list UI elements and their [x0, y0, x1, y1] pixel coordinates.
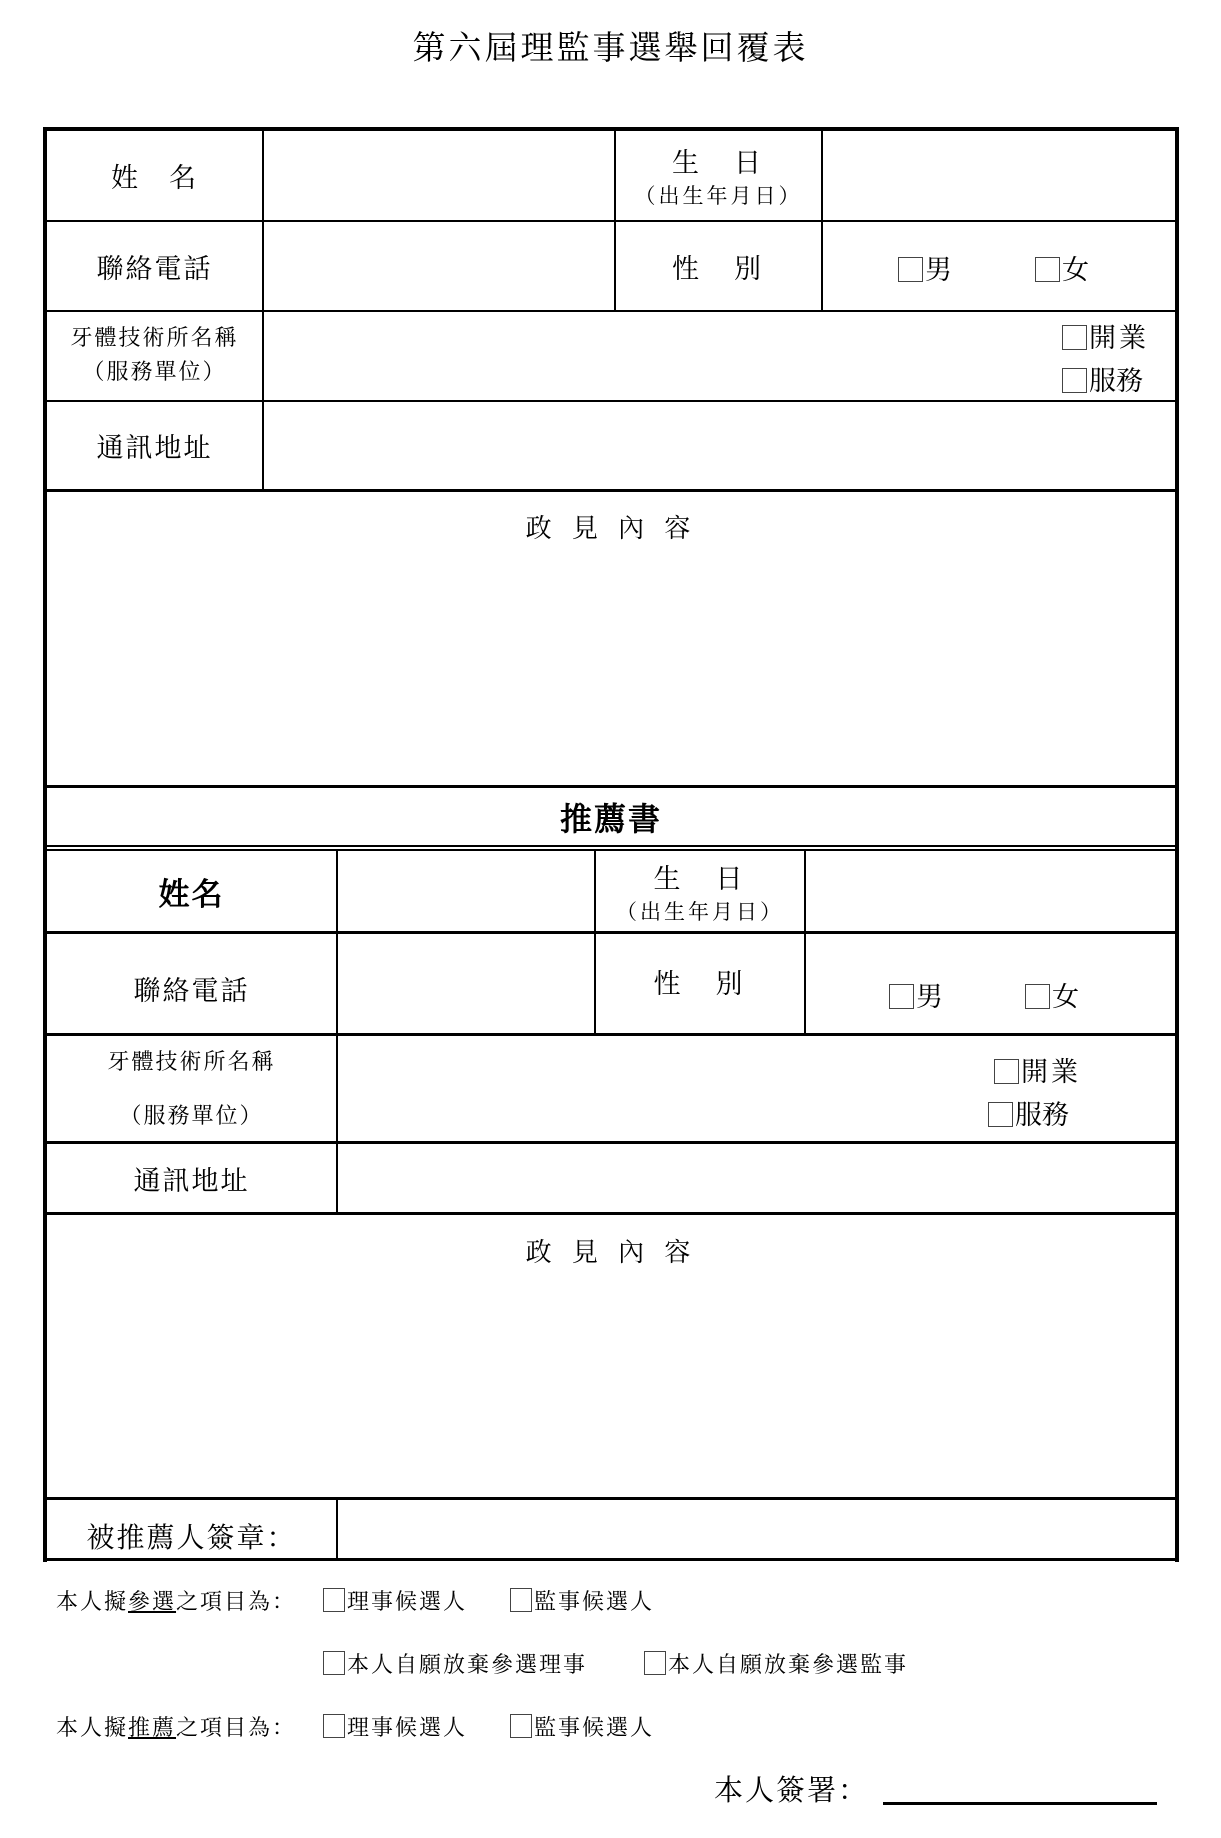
self-signature-line[interactable]	[883, 1802, 1157, 1805]
recommend-prefix: 本人擬	[56, 1716, 128, 1741]
run-prefix: 本人擬	[56, 1590, 128, 1615]
birthday-field[interactable]	[823, 131, 1175, 220]
rec-name-label: 姓名	[47, 851, 336, 931]
birthday-label: 生 日	[672, 141, 765, 180]
rec-name-field[interactable]	[338, 851, 594, 931]
gender-label: 性 別	[616, 222, 821, 310]
rec-own-business-label: 開業	[1021, 1057, 1081, 1088]
rec-checkbox-female[interactable]	[1025, 984, 1050, 1009]
name-label: 姓 名	[47, 131, 262, 220]
workplace-field[interactable]	[264, 312, 1044, 400]
checkbox-female[interactable]	[1035, 257, 1060, 282]
rec-workplace-sublabel: （服務單位）	[47, 1090, 336, 1144]
rec-address-field[interactable]	[338, 1144, 1175, 1212]
own-business-label: 開業	[1089, 323, 1149, 354]
recommend-supervisor-label: 監事候選人	[534, 1716, 654, 1741]
checkbox-run-director[interactable]	[323, 1588, 345, 1612]
run-option-supervisor[interactable]: 監事候選人	[510, 1585, 654, 1616]
recommendation-heading: 推薦書	[47, 788, 1175, 846]
address-field[interactable]	[264, 402, 1175, 489]
recommend-line: 本人擬推薦之項目為：	[56, 1711, 296, 1742]
rec-workplace-label: 牙體技術所名稱	[47, 1036, 336, 1090]
rec-service-label: 服務	[1015, 1100, 1069, 1131]
page-title: 第六屆理監事選舉回覆表	[0, 22, 1221, 69]
rec-gender-female-label: 女	[1052, 982, 1079, 1013]
checkbox-waive-director[interactable]	[323, 1651, 345, 1675]
gender-female-label: 女	[1062, 255, 1089, 286]
rec-workplace-option-service[interactable]: 服務	[988, 1093, 1069, 1132]
recommend-director-label: 理事候選人	[347, 1716, 467, 1741]
birthday-sublabel: （出生年月日）	[635, 180, 803, 210]
recommend-option-supervisor[interactable]: 監事候選人	[510, 1711, 654, 1742]
self-signature-label: 本人簽署：	[714, 1768, 869, 1809]
rec-gender-option-female[interactable]: 女	[1025, 975, 1079, 1014]
checkbox-waive-supervisor[interactable]	[644, 1651, 666, 1675]
rec-birthday-label-cell: 生 日 （出生年月日）	[596, 851, 804, 931]
nominee-signature-field[interactable]	[338, 1500, 1175, 1558]
gender-male-label: 男	[925, 255, 952, 286]
platform-label: 政 見 內 容	[47, 508, 1175, 545]
row-divider	[43, 489, 1179, 492]
name-field[interactable]	[264, 131, 614, 220]
double-line-top	[43, 845, 1179, 847]
checkbox-own-business[interactable]	[1062, 325, 1087, 350]
phone-label: 聯絡電話	[47, 222, 262, 310]
service-label: 服務	[1089, 366, 1143, 397]
run-underlined: 參選	[128, 1590, 176, 1615]
workplace-label: 牙體技術所名稱	[70, 322, 238, 356]
waive-option-director[interactable]: 本人自願放棄參選理事	[323, 1648, 587, 1679]
workplace-option-own[interactable]: 開業	[1062, 316, 1149, 355]
table-border-bottom	[43, 1558, 1179, 1561]
rec-checkbox-male[interactable]	[889, 984, 914, 1009]
rec-workplace-field[interactable]	[338, 1036, 988, 1141]
waive-option-supervisor[interactable]: 本人自願放棄參選監事	[644, 1648, 908, 1679]
rec-birthday-sublabel: （出生年月日）	[616, 896, 784, 926]
workplace-sublabel: （服務單位）	[82, 356, 226, 390]
rec-gender-male-label: 男	[916, 982, 943, 1013]
rec-gender-label: 性 別	[596, 934, 804, 1033]
run-supervisor-label: 監事候選人	[534, 1590, 654, 1615]
checkbox-recommend-director[interactable]	[323, 1714, 345, 1738]
rec-platform-field[interactable]	[47, 1272, 1175, 1496]
rec-phone-label: 聯絡電話	[47, 944, 336, 1033]
run-line: 本人擬參選之項目為：	[56, 1585, 296, 1616]
run-director-label: 理事候選人	[347, 1590, 467, 1615]
rec-phone-field[interactable]	[338, 934, 594, 1033]
workplace-option-service[interactable]: 服務	[1062, 359, 1143, 398]
platform-field[interactable]	[47, 550, 1175, 785]
recommend-option-director[interactable]: 理事候選人	[323, 1711, 467, 1742]
rec-workplace-label-cell: 牙體技術所名稱 （服務單位）	[47, 1036, 336, 1144]
row-divider	[43, 1212, 1179, 1215]
gender-option-female[interactable]: 女	[1035, 248, 1089, 287]
rec-address-label: 通訊地址	[47, 1144, 336, 1212]
rec-birthday-field[interactable]	[806, 851, 1175, 931]
rec-gender-option-male[interactable]: 男	[889, 975, 943, 1014]
checkbox-run-supervisor[interactable]	[510, 1588, 532, 1612]
waive-supervisor-label: 本人自願放棄參選監事	[668, 1653, 908, 1678]
recommend-underlined: 推薦	[128, 1716, 176, 1741]
gender-option-male[interactable]: 男	[898, 248, 952, 287]
rec-birthday-label: 生 日	[654, 857, 747, 896]
waive-director-label: 本人自願放棄參選理事	[347, 1653, 587, 1678]
rec-checkbox-service[interactable]	[988, 1102, 1013, 1127]
address-label: 通訊地址	[47, 402, 262, 489]
birthday-label-cell: 生 日 （出生年月日）	[616, 131, 821, 220]
phone-field[interactable]	[264, 222, 614, 310]
checkbox-recommend-supervisor[interactable]	[510, 1714, 532, 1738]
checkbox-male[interactable]	[898, 257, 923, 282]
recommend-suffix: 之項目為：	[176, 1716, 296, 1741]
rec-platform-label: 政 見 內 容	[47, 1232, 1175, 1269]
workplace-label-cell: 牙體技術所名稱 （服務單位）	[47, 312, 262, 400]
checkbox-service[interactable]	[1062, 368, 1087, 393]
nominee-signature-label: 被推薦人簽章：	[47, 1500, 336, 1558]
rec-checkbox-own-business[interactable]	[994, 1059, 1019, 1084]
rec-workplace-option-own[interactable]: 開業	[994, 1050, 1081, 1089]
run-suffix: 之項目為：	[176, 1590, 296, 1615]
run-option-director[interactable]: 理事候選人	[323, 1585, 467, 1616]
